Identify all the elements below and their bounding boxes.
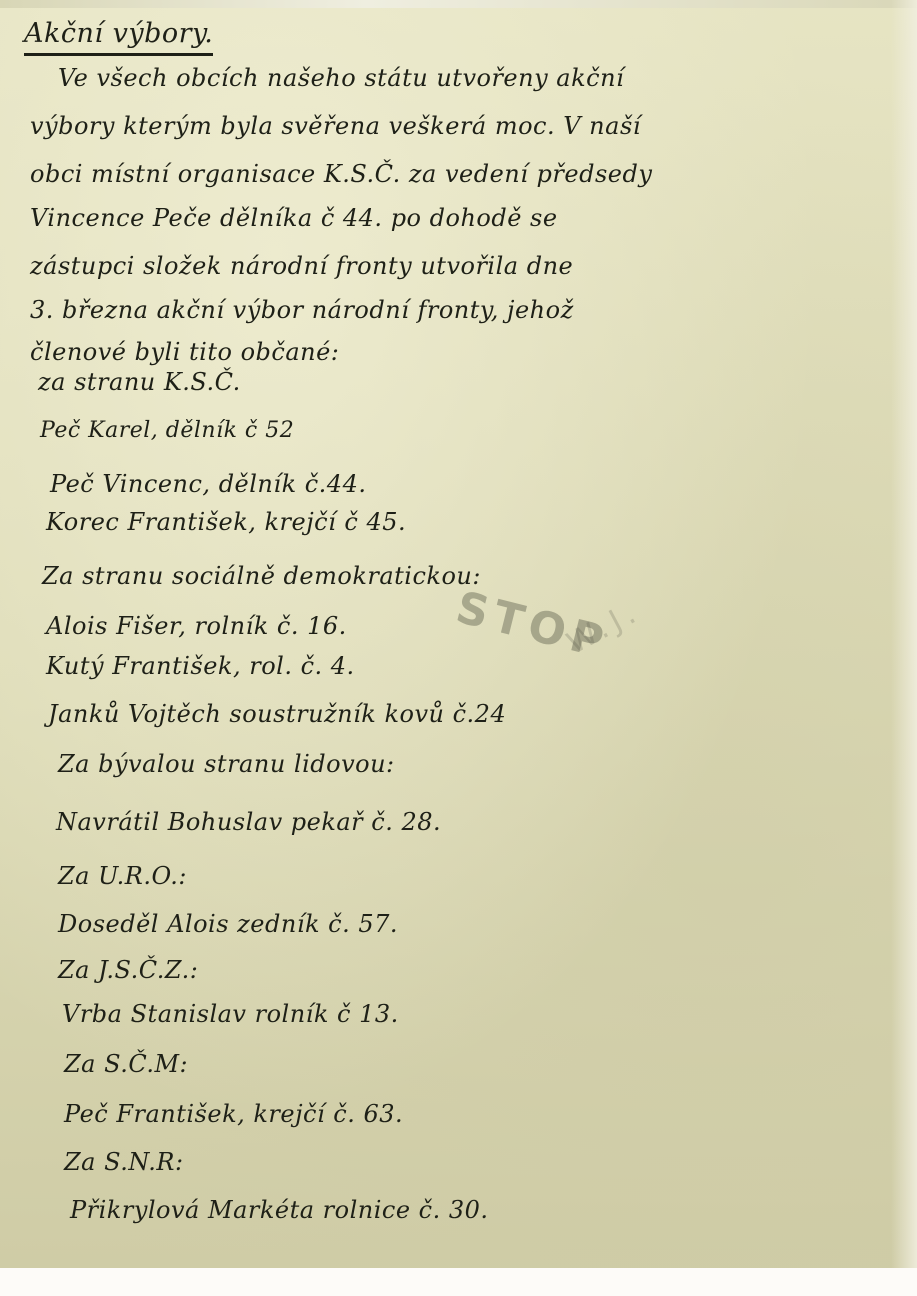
section-heading-social-democrats: Za stranu sociálně demokratickou:: [42, 562, 481, 590]
member-entry: Navrátil Bohuslav pekař č. 28.: [56, 808, 441, 836]
section-heading-scm: Za S.Č.M:: [64, 1050, 188, 1078]
section-heading-jscz: Za J.S.Č.Z.:: [58, 956, 198, 984]
member-entry: Korec František, krejčí č 45.: [46, 508, 406, 536]
paragraph-line: Vincence Peče dělníka č 44. po dohodě se: [30, 204, 558, 232]
member-entry: Peč František, krejčí č. 63.: [64, 1100, 403, 1128]
section-heading-snr: Za S.N.R:: [64, 1148, 184, 1176]
scan-bottom-margin: [0, 1268, 917, 1296]
section-heading-uro: Za U.R.O.:: [58, 862, 187, 890]
member-entry: Kutý František, rol. č. 4.: [46, 652, 355, 680]
paragraph-line: výbory kterým byla svěřena veškerá moc. …: [30, 112, 641, 140]
section-heading-ksc: za stranu K.S.Č.: [38, 368, 241, 396]
scan-top-edge: [0, 0, 917, 8]
member-entry: Přikrylová Markéta rolnice č. 30.: [70, 1196, 489, 1224]
section-heading-peoples-party: Za bývalou stranu lidovou:: [58, 750, 395, 778]
member-entry: Janků Vojtěch soustružník kovů č.24: [48, 700, 506, 728]
member-entry: Alois Fišer, rolník č. 16.: [46, 612, 347, 640]
member-entry: Peč Karel, dělník č 52: [40, 418, 294, 443]
paragraph-line: členové byli tito občané:: [30, 338, 339, 366]
member-entry: Peč Vincenc, dělník č.44.: [50, 470, 366, 498]
paragraph-line: zástupci složek národní fronty utvořila …: [30, 252, 573, 280]
paragraph-line: Ve všech obcích našeho státu utvořeny ak…: [58, 64, 624, 92]
paragraph-line: 3. března akční výbor národní fronty, je…: [30, 296, 574, 324]
member-entry: Vrba Stanislav rolník č 13.: [62, 1000, 399, 1028]
member-entry: Doseděl Alois zedník č. 57.: [58, 910, 398, 938]
paragraph-line: obci místní organisace K.S.Č. za vedení …: [30, 160, 652, 188]
page-title: Akční výbory.: [24, 18, 213, 56]
handwritten-page: Akční výbory. Ve všech obcích našeho stá…: [0, 0, 917, 1268]
